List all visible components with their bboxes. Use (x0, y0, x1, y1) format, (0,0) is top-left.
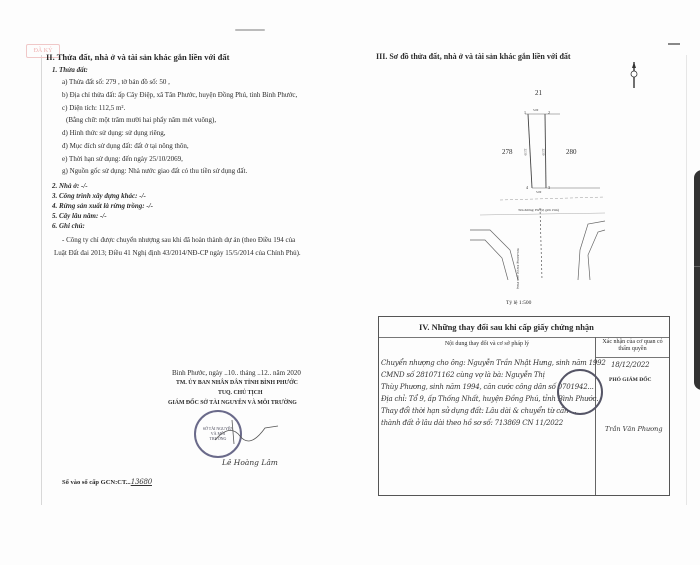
signer-name: Lê Hoàng Lâm (222, 458, 278, 467)
width-bottom: 5.00 (536, 190, 541, 194)
issue-date: Bình Phước, ngày ..10.. tháng ..12.. năm… (172, 369, 301, 377)
note-line-2: Luật Đất đai 2013; Điều 41 Nghị định 43/… (54, 249, 301, 257)
corner-3: 3 (548, 185, 550, 190)
parcel-area: c) Diện tích: 112,5 m². (62, 104, 125, 112)
confirm-role: PHÓ GIÁM ĐỐC (609, 377, 651, 383)
road-vertical-label: Tên đường: D2 (lộ giới 15m) (516, 248, 520, 289)
usage-form: d) Hình thức sử dụng: sử dụng riêng, (62, 129, 166, 137)
scan-mark-corner (668, 43, 680, 45)
changes-table: IV. Những thay đổi sau khi cấp giấy chứn… (378, 316, 670, 496)
corner-1: 1 (524, 110, 526, 115)
issuer-org: TM. ỦY BAN NHÂN DÂN TỈNH BÌNH PHƯỚC (176, 380, 298, 386)
parcel-address: b) Địa chỉ thửa đất: ấp Cây Điệp, xã Tân… (62, 91, 297, 99)
col-header-content: Nội dung thay đổi và cơ sở pháp lý (379, 337, 595, 357)
parcel-number: a) Thửa đất số: 279 , tờ bản đồ số: 50 , (62, 78, 170, 86)
scan-mark (235, 29, 265, 31)
parcel-area-words: (Bằng chữ: một trăm mười hai phẩy năm mé… (66, 116, 216, 124)
registry-number: Số vào sổ cấp GCN:CT...13680 (62, 478, 152, 486)
road-label: Tên đường: H2 (lộ giới 15m) (518, 208, 559, 212)
side-length-right: 22.50 (541, 149, 545, 156)
map-scale: Tỷ lệ 1:500 (506, 300, 531, 306)
registry-label: Số vào sổ cấp GCN:CT... (62, 479, 131, 486)
col-header-confirm: Xác nhận của cơ quan có thẩm quyền (596, 337, 669, 359)
confirm-date: 18/12/2022 (611, 361, 649, 369)
usage-origin: g) Nguồn gốc sử dụng: Nhà nước giao đất … (62, 167, 247, 175)
section4-title: IV. Những thay đổi sau khi cấp giấy chứn… (379, 317, 669, 338)
toolbar-divider (694, 266, 700, 267)
signature-scribble (210, 418, 280, 448)
parcel-diagram (430, 80, 610, 280)
issuer-dept: GIÁM ĐỐC SỞ TÀI NGUYÊN VÀ MÔI TRƯỜNG (168, 400, 297, 406)
forest-item: 4. Rừng sản xuất là rừng trồng: -/- (52, 202, 153, 210)
page-edge-left (41, 55, 42, 505)
width-top: 5.00 (533, 108, 538, 112)
confirm-signer: Trần Văn Phương (605, 425, 663, 433)
corner-2: 2 (548, 110, 550, 115)
floating-side-toolbar[interactable] (694, 170, 700, 390)
scanned-document-page: ĐÃ KÝ II. Thửa đất, nhà ở và tài sản khá… (0, 0, 700, 565)
corner-4: 4 (526, 185, 528, 190)
issuer-role: TUQ. CHỦ TỊCH (218, 390, 263, 396)
note-label: 6. Ghi chú: (52, 222, 85, 230)
section2-title: II. Thửa đất, nhà ở và tài sản khác gắn … (46, 52, 229, 62)
confirm-seal (557, 369, 603, 415)
north-arrow-icon (628, 62, 640, 88)
change-line-1: Chuyển nhượng cho ông: Nguyễn Trần Nhật … (381, 359, 606, 367)
header-line (596, 357, 669, 358)
change-line-6: thành đất ở lâu dài theo hồ sơ số: 71386… (381, 419, 563, 427)
section3-title: III. Sơ đồ thửa đất, nhà ở và tài sản kh… (376, 52, 571, 61)
perennial-item: 5. Cây lâu năm: -/- (52, 212, 107, 220)
change-line-5: Thay đổi thời hạn sử dụng đất: Lâu dài &… (381, 407, 576, 415)
page-edge-right (686, 55, 687, 505)
parcel-subtitle: 1. Thửa đất: (52, 66, 88, 74)
change-line-2: CMND số 281071162 cùng vợ là bà: Nguyễn … (381, 371, 545, 379)
side-length-left: 22.50 (523, 149, 527, 156)
other-works-item: 3. Công trình xây dựng khác: -/- (52, 192, 146, 200)
house-item: 2. Nhà ở: -/- (52, 182, 88, 190)
note-line-1: - Công ty chỉ được chuyển nhượng sau khi… (62, 236, 295, 244)
usage-term: e) Thời hạn sử dụng: đến ngày 25/10/2069… (62, 155, 183, 163)
registry-value: 13680 (131, 478, 152, 486)
usage-purpose: đ) Mục đích sử dụng đất: đất ở tại nông … (62, 142, 189, 150)
